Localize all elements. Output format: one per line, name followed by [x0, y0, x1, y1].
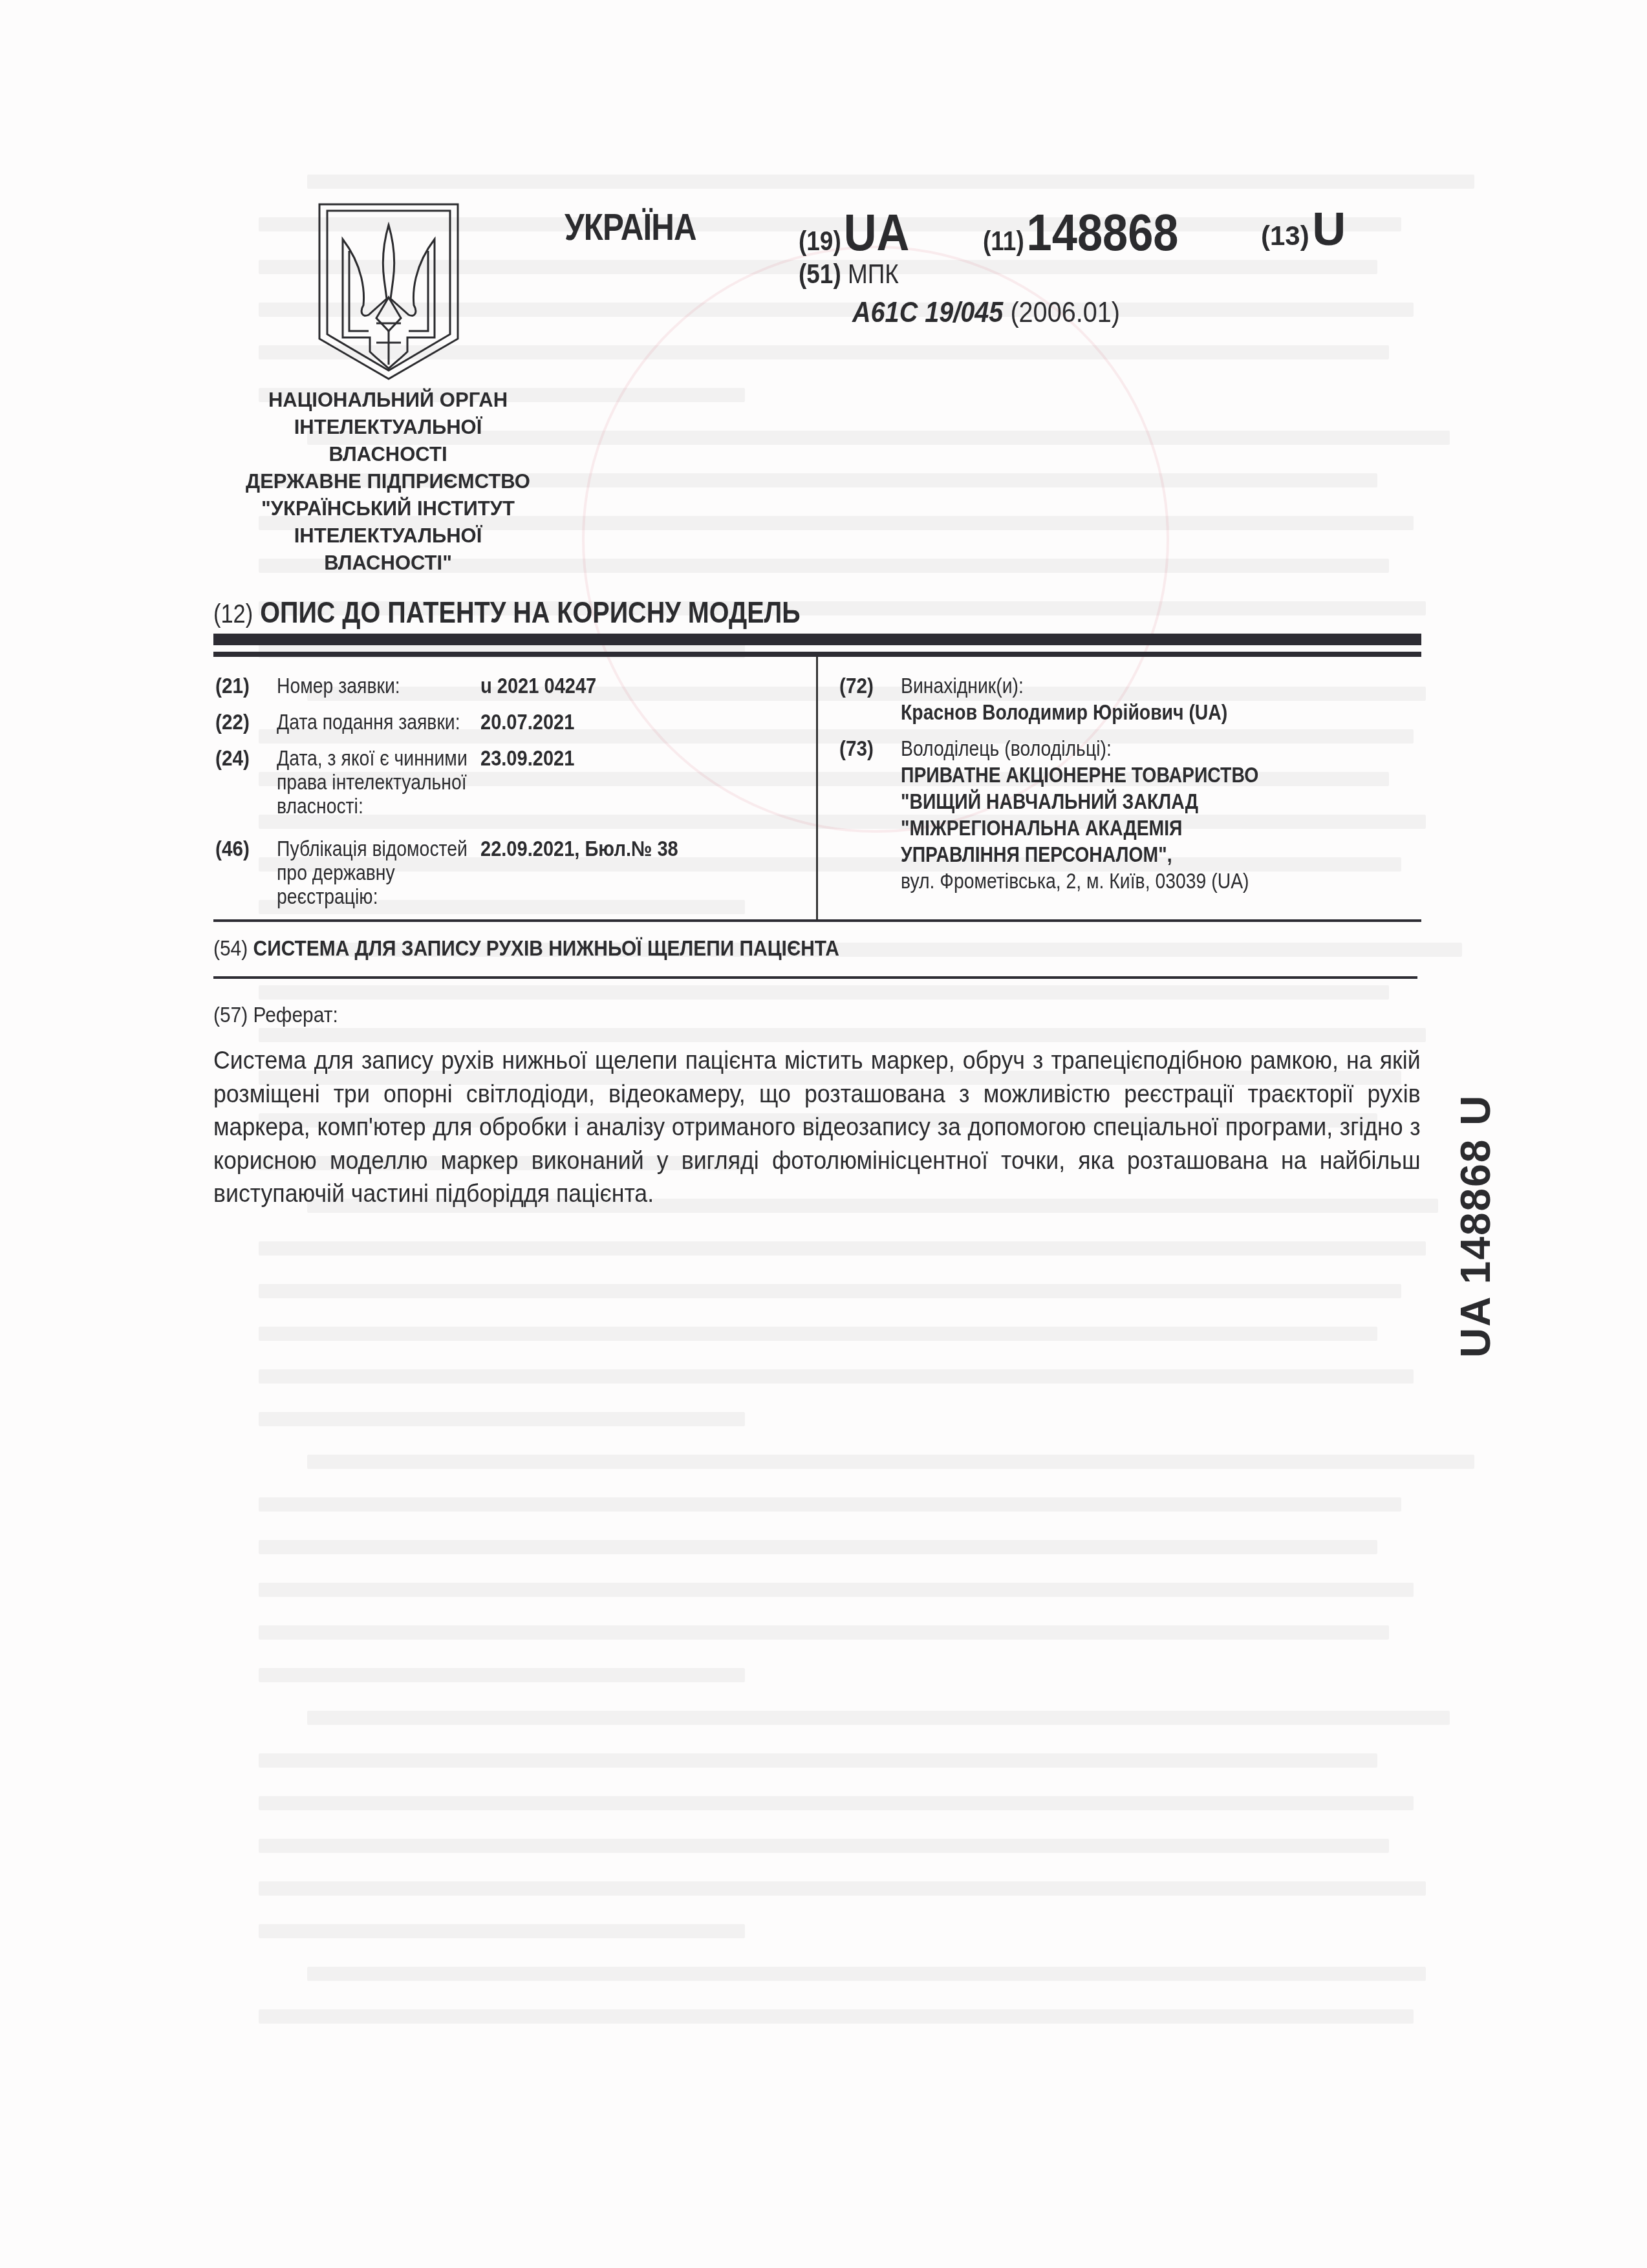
- country-code: UA: [844, 204, 910, 261]
- owner-name-text: "МІЖРЕГІОНАЛЬНА АКАДЕМІЯ: [901, 815, 1183, 841]
- bleed-through-line: [259, 1241, 1426, 1256]
- owner-name-text: "ВИЩИЙ НАВЧАЛЬНИЙ ЗАКЛАД: [901, 788, 1198, 815]
- authority-line: ДЕРЖАВНЕ ПІДПРИЄМСТВО: [220, 468, 556, 495]
- inventor-label: Винахідник(и):: [901, 672, 1024, 699]
- authority-line: "УКРАЇНСЬКИЙ ІНСТИТУТ: [220, 495, 556, 522]
- bleed-through-line: [259, 1284, 1401, 1298]
- abstract-label: Реферат:: [253, 1003, 338, 1027]
- authority-line: ВЛАСНОСТІ: [220, 441, 556, 468]
- authority-line: ІНТЕЛЕКТУАЛЬНОЇ: [220, 522, 556, 550]
- biblio-value: 20.07.2021: [480, 709, 574, 735]
- bleed-through-line: [259, 1327, 1377, 1341]
- document-kind-field: (13) U: [1261, 203, 1346, 256]
- bleed-through-line: [259, 1668, 745, 1682]
- inid-code-11: (11): [983, 226, 1024, 256]
- authority-line: ВЛАСНОСТІ": [220, 550, 556, 577]
- bleed-through-line: [259, 1497, 1401, 1512]
- document-type-title: (12) ОПИС ДО ПАТЕНТУ НА КОРИСНУ МОДЕЛЬ: [213, 595, 801, 630]
- biblio-label: про державну: [277, 859, 395, 886]
- owner-label: Володілець (володільці):: [901, 735, 1112, 762]
- abstract-text: Система для запису рухів нижньої щелепи …: [213, 1044, 1421, 1211]
- authority-line: ІНТЕЛЕКТУАЛЬНОЇ: [220, 414, 556, 441]
- title-text: СИСТЕМА ДЛЯ ЗАПИСУ РУХІВ НИЖНЬОЇ ЩЕЛЕПИ …: [253, 936, 839, 961]
- biblio-value: 23.09.2021: [480, 745, 574, 771]
- biblio-label: реєстрацію:: [277, 883, 378, 910]
- patent-number-field: (11) 148868: [983, 203, 1179, 262]
- owner-name-text: УПРАВЛІННЯ ПЕРСОНАЛОМ",: [901, 841, 1172, 868]
- bleed-through-line: [259, 1412, 745, 1426]
- owner-address: вул. Фрометівська, 2, м. Київ, 03039 (UA…: [901, 868, 1249, 894]
- divider-thin: [213, 652, 1421, 657]
- biblio-label: Дата, з якої є чинними: [277, 745, 468, 771]
- inid-code-73: (73): [839, 735, 874, 762]
- country-code-field: (19) UA: [799, 203, 909, 262]
- inid-code-72: (72): [839, 672, 874, 699]
- country-name: УКРАЇНА: [565, 206, 696, 249]
- patent-number: 148868: [1027, 204, 1179, 261]
- bleed-through-line: [307, 1711, 1450, 1725]
- patent-page: УКРАЇНА (19) UA (11) 148868 (13) U (51) …: [0, 0, 1647, 2268]
- coat-of-arms-icon: [317, 202, 460, 381]
- ipc-heading: (51) МПК: [799, 259, 899, 290]
- bleed-through-line: [307, 1967, 1426, 1981]
- inid-code: (46): [215, 835, 250, 862]
- inid-code-57: (57): [213, 1003, 248, 1027]
- ipc-version: (2006.01): [1010, 295, 1120, 328]
- inid-code-51: (51): [799, 259, 841, 289]
- bleed-through-line: [307, 1455, 1474, 1469]
- utility-model-title: (54) СИСТЕМА ДЛЯ ЗАПИСУ РУХІВ НИЖНЬОЇ ЩЕ…: [213, 936, 839, 961]
- bleed-through-line: [259, 1540, 1377, 1554]
- ipc-label: МПК: [848, 259, 899, 289]
- column-divider: [816, 657, 818, 921]
- bleed-through-line: [259, 1753, 1377, 1768]
- bleed-through-line: [259, 985, 1389, 1000]
- inid-code-54: (54): [213, 936, 248, 961]
- biblio-label: Дата подання заявки:: [277, 709, 460, 735]
- bleed-through-line: [259, 1796, 1414, 1810]
- document-kind: U: [1312, 204, 1346, 255]
- bleed-through-line: [259, 1924, 745, 1938]
- divider-biblio-bottom: [213, 919, 1421, 922]
- biblio-label: права інтелектуальної: [277, 769, 467, 795]
- bleed-through-line: [259, 1625, 1389, 1640]
- side-document-code: UA 148868 U: [1452, 1095, 1500, 1358]
- biblio-value: 22.09.2021, Бюл.№ 38: [480, 835, 678, 862]
- divider-thick: [213, 634, 1421, 645]
- biblio-label: Публікація відомостей: [277, 835, 468, 862]
- ipc-classification: A61C 19/045 (2006.01): [852, 295, 1120, 329]
- authority-line: НАЦІОНАЛЬНИЙ ОРГАН: [220, 387, 556, 414]
- issuing-authority: НАЦІОНАЛЬНИЙ ОРГАНІНТЕЛЕКТУАЛЬНОЇВЛАСНОС…: [220, 387, 556, 577]
- bleed-through-line: [259, 815, 1426, 829]
- biblio-label: власності:: [277, 793, 363, 819]
- inventor-name: Краснов Володимир Юрійович (UA): [901, 699, 1227, 725]
- bleed-through-line: [259, 1839, 1389, 1853]
- inid-code-12: (12): [213, 600, 253, 628]
- bleed-through-line: [259, 2009, 1414, 2024]
- bleed-through-line: [259, 1369, 1414, 1384]
- bleed-through-line: [259, 1028, 1426, 1042]
- abstract-heading: (57) Реферат:: [213, 1003, 338, 1028]
- bleed-through-line: [307, 175, 1474, 189]
- bleed-through-line: [259, 1881, 1426, 1896]
- divider-title: [213, 976, 1417, 979]
- document-type: ОПИС ДО ПАТЕНТУ НА КОРИСНУ МОДЕЛЬ: [260, 595, 801, 629]
- inid-code-19: (19): [799, 226, 841, 256]
- inid-code: (24): [215, 745, 250, 771]
- inid-code: (22): [215, 709, 250, 735]
- owner-name-text: ПРИВАТНЕ АКЦІОНЕРНЕ ТОВАРИСТВО: [901, 762, 1258, 788]
- ipc-class: A61C 19/045: [852, 295, 1003, 328]
- biblio-value: u 2021 04247: [480, 672, 596, 699]
- inid-code: (21): [215, 672, 250, 699]
- inid-code-13: (13): [1261, 220, 1309, 251]
- bleed-through-line: [259, 1583, 1414, 1597]
- biblio-label: Номер заявки:: [277, 672, 400, 699]
